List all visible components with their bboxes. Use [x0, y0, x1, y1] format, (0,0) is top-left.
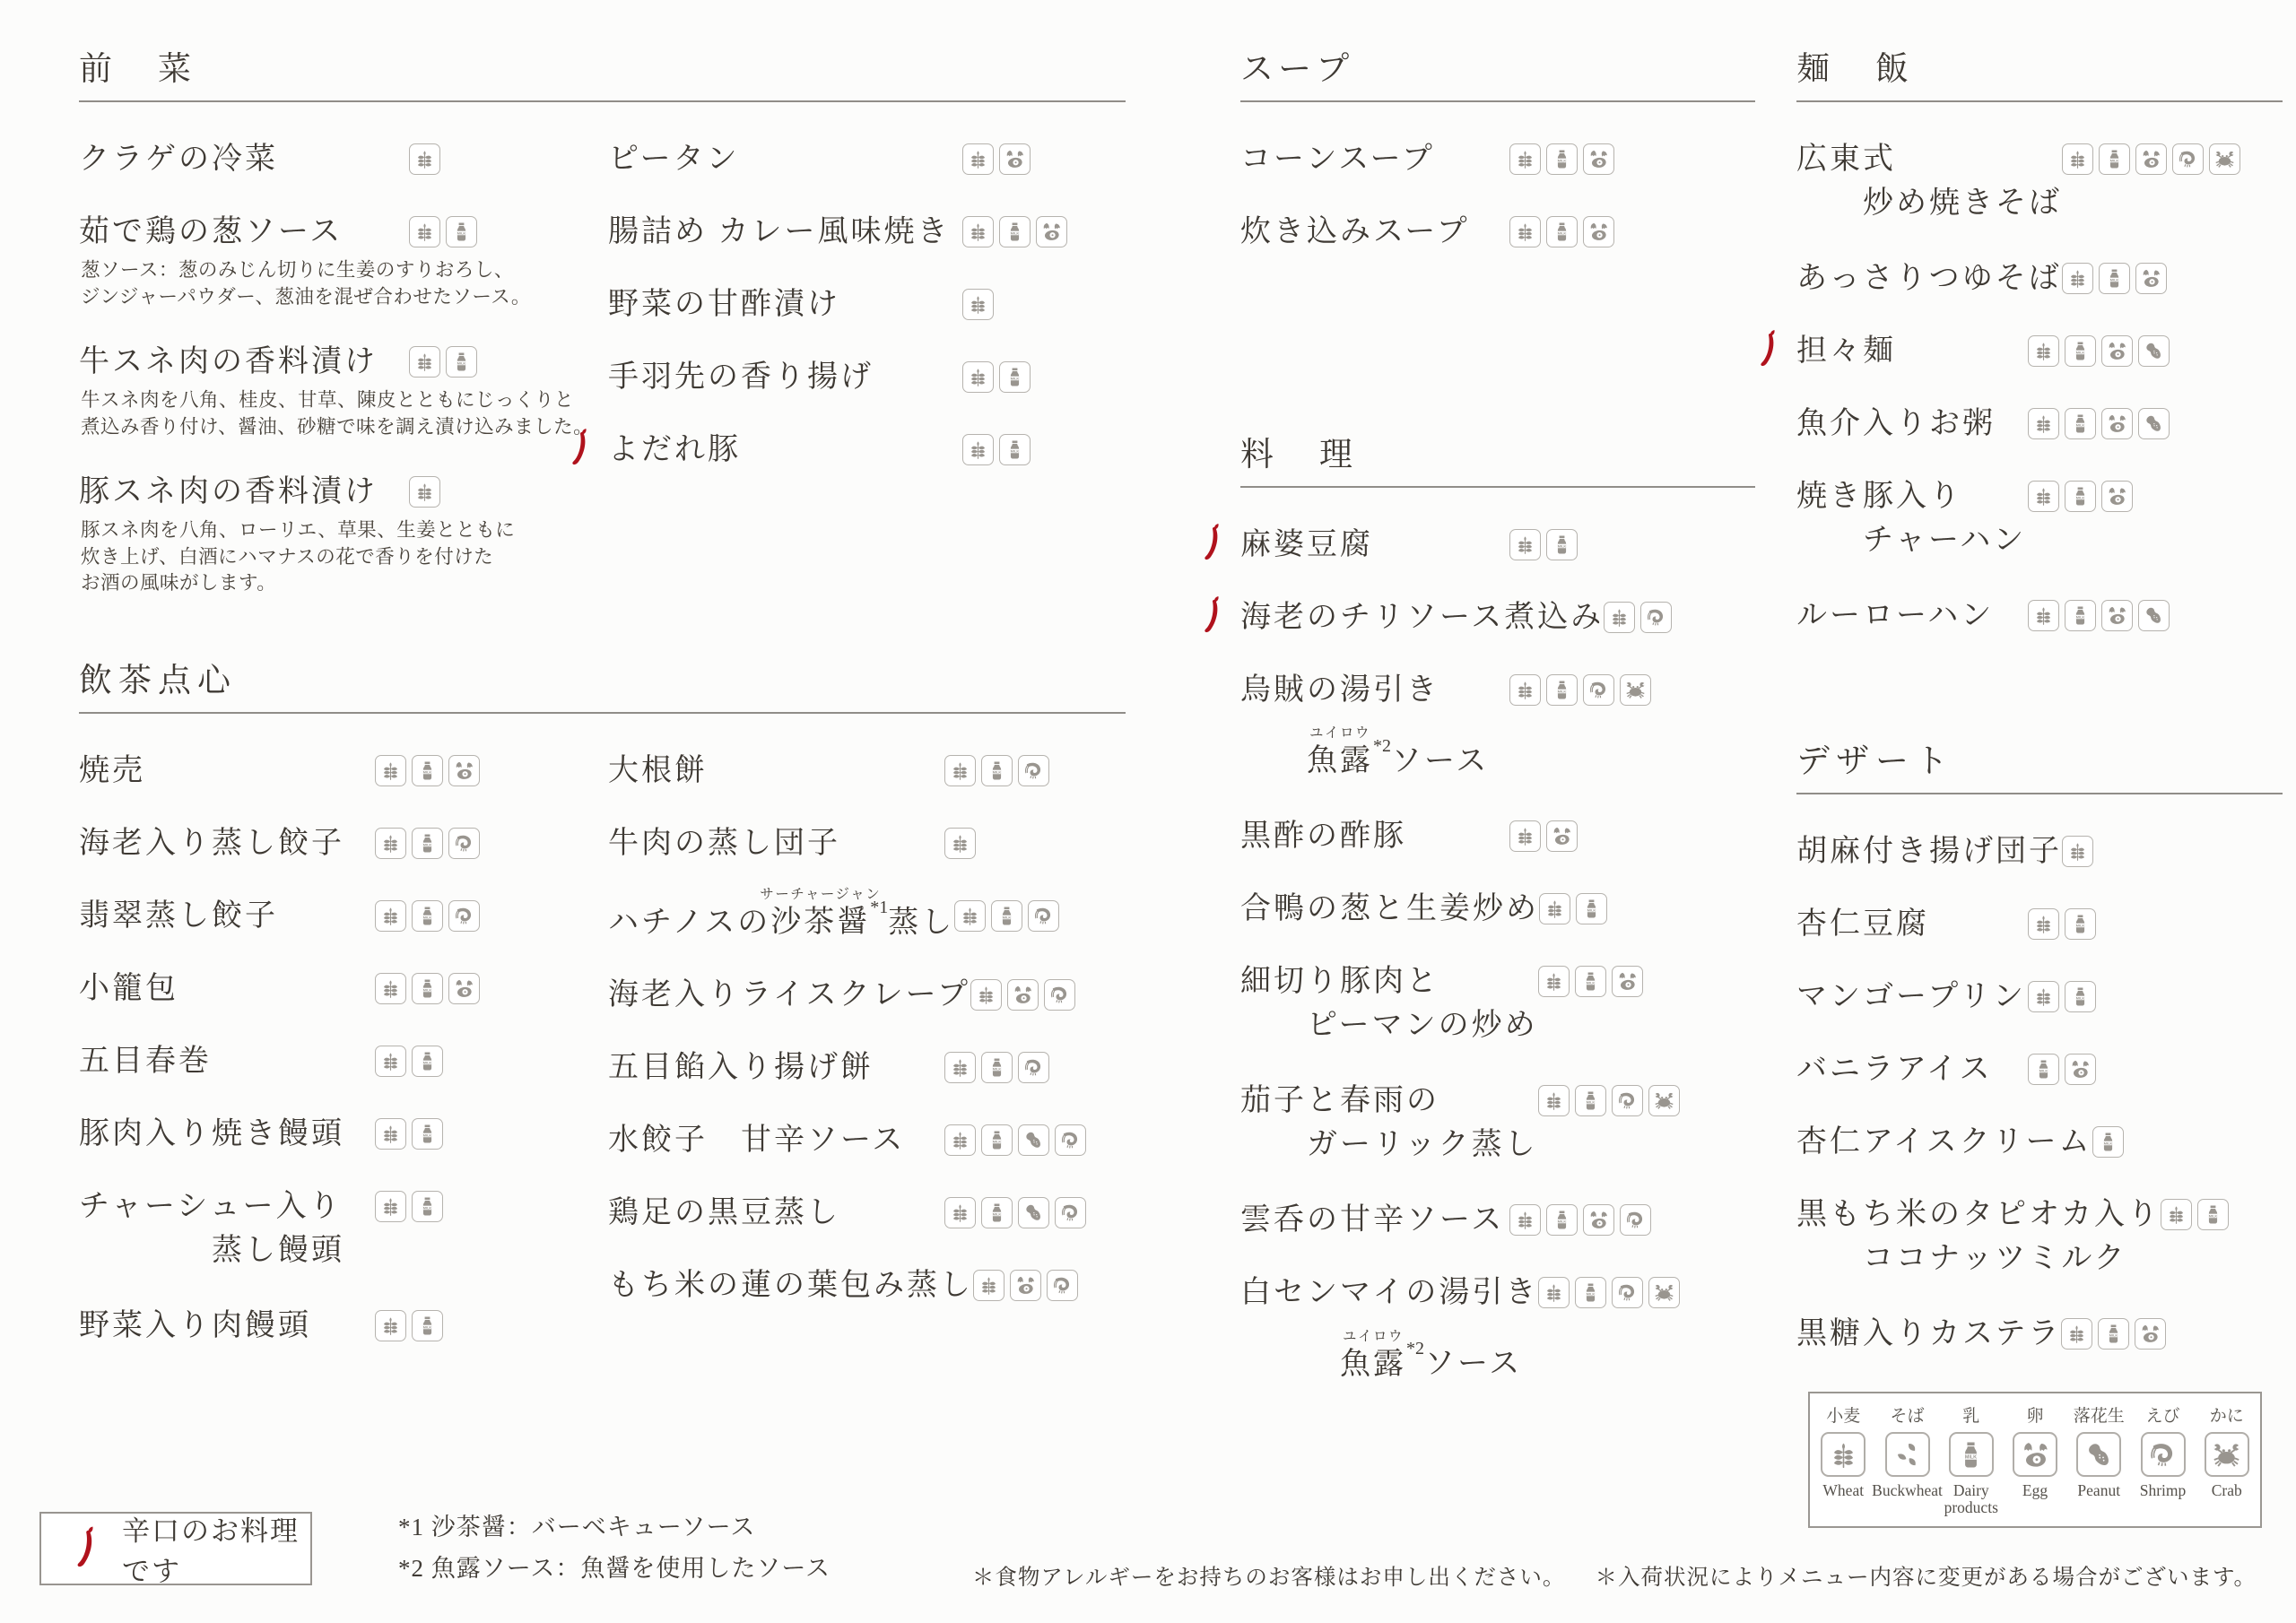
menu-item: 麻婆豆腐MILK [1240, 524, 1755, 566]
svg-text:MILK: MILK [423, 1061, 432, 1064]
furigana: ユイロウ [1343, 1330, 1404, 1344]
wheat-icon [375, 1046, 406, 1077]
milk-icon: MILK [446, 346, 477, 378]
wheat-icon [375, 900, 406, 932]
menu-column: ピータン腸詰め カレー風味焼きMILK野菜の甘酢漬け手羽先の香り揚げMILKよだ… [608, 138, 1126, 628]
milk-icon: MILK [412, 1046, 443, 1077]
svg-text:MILK: MILK [423, 988, 432, 992]
wheat-icon [375, 1191, 406, 1222]
milk-icon: MILK [412, 828, 443, 859]
menu-item: 黒もち米のタピオカ入り ココナッツミルクMILK [1796, 1193, 2283, 1282]
wheat-icon [1509, 820, 1541, 852]
allergen-icons: MILK [962, 356, 1031, 393]
item-name-line2: チャーハン [1796, 517, 2028, 564]
item-description: 牛スネ肉を八角、桂皮、甘草、陳皮とともにじっくりと煮込み香り付け、醤油、砂糖で味… [81, 387, 608, 440]
allergen-icons: MILK [375, 895, 480, 932]
item-description: 葱ソース：葱のみじん切りに生姜のすりおろし、ジンジャーパウダー、葱油を混ぜ合わせ… [81, 257, 608, 310]
item-name-line2: ピーマンの炒め [1240, 1002, 1538, 1049]
svg-text:MILK: MILK [423, 1133, 432, 1137]
wheat-icon [970, 979, 1002, 1011]
menu-item: 合鴨の葱と生姜炒めMILK [1240, 888, 1755, 930]
menu-column: 焼売MILK海老入り蒸し餃子MILK翡翠蒸し餃子MILK小籠包MILK五目春巻M… [79, 750, 608, 1377]
menu-item: 茄子と春雨の ガーリック蒸しMILK [1240, 1080, 1755, 1168]
allergen-icons: MILK [962, 211, 1067, 247]
legend-item-crab: かにCrab [2196, 1406, 2257, 1499]
allergen-icons [970, 974, 1075, 1011]
svg-text:MILK: MILK [423, 843, 432, 846]
item-name: 焼売 [79, 750, 375, 792]
legend-en-label: Dairy products [1941, 1482, 2002, 1516]
milk-icon: MILK [2098, 1318, 2129, 1350]
svg-text:MILK: MILK [1011, 377, 1020, 380]
item-name: 鶏足の黒豆蒸し [608, 1192, 944, 1234]
allergen-icons: MILK [1538, 960, 1643, 997]
item-name: 水餃子 甘辛ソース [608, 1119, 944, 1161]
milk-icon: MILK [2065, 908, 2096, 940]
menu-column: コーンスープMILK炊き込みスープMILK [1240, 138, 1755, 283]
milk-icon: MILK [1576, 893, 1607, 924]
menu-item: 小籠包MILK [79, 968, 608, 1010]
menu-item: 豚肉入り焼き饅頭MILK [79, 1113, 608, 1155]
allergen-icons: MILK [1509, 138, 1614, 175]
svg-text:MILK: MILK [993, 1213, 1002, 1217]
allergen-icons: MILK [1509, 211, 1614, 247]
egg-icon [2101, 600, 2133, 631]
wheat-icon [1509, 216, 1541, 247]
item-name: 野菜入り肉饅頭 [79, 1305, 375, 1347]
section-soup: スープ コーンスープMILK炊き込みスープMILK [1240, 50, 1755, 283]
menu-item: 焼売MILK [79, 750, 608, 792]
item-name: もち米の蓮の葉包み蒸し [608, 1264, 973, 1306]
legend-item-milk: 乳MILKDairy products [1941, 1406, 2002, 1516]
footnotes: *1 沙茶醤：バーベキューソース *2 魚露ソース：魚醤を使用したソース [398, 1506, 831, 1589]
wheat-icon [962, 289, 994, 320]
allergen-icons: MILK [944, 1192, 1086, 1228]
svg-text:MILK: MILK [2076, 351, 2085, 354]
wheat-icon [1538, 1085, 1570, 1116]
milk-icon: MILK [412, 755, 443, 786]
legend-item-egg: 卵Egg [2005, 1406, 2066, 1499]
allergen-icons: MILK [375, 1305, 443, 1341]
wheat-icon [375, 755, 406, 786]
peanut-icon [1018, 1124, 1049, 1156]
item-name: 雲呑の甘辛ソース [1240, 1199, 1509, 1241]
menu-item: 黒酢の酢豚 [1240, 815, 1755, 857]
svg-text:MILK: MILK [1586, 982, 1595, 985]
item-name-line2: 蒸し饅頭 [79, 1228, 375, 1274]
allergen-icons: MILK [2028, 903, 2096, 940]
chili-icon [1203, 522, 1227, 565]
wheat-icon [1509, 529, 1541, 560]
svg-text:MILK: MILK [993, 1141, 1002, 1144]
egg-icon [2065, 1054, 2096, 1085]
menu-item: 黒糖入りカステラMILK [1796, 1313, 2283, 1355]
egg-icon [2135, 143, 2167, 175]
spicy-note-label: 辛口のお料理です [122, 1508, 310, 1589]
menu-item: 広東式 炒め焼きそばMILK [1796, 138, 2283, 227]
allergen-icons: MILK [2028, 330, 2170, 367]
milk-icon: MILK [1546, 1204, 1578, 1236]
item-name: 炊き込みスープ [1240, 211, 1509, 253]
wheat-icon [2062, 263, 2093, 294]
menu-column: 麻婆豆腐MILK海老のチリソース煮込み烏賊の湯引き ユイロウ魚露*2ソースMIL… [1240, 524, 1755, 1419]
chili-icon [1759, 328, 1783, 371]
allergen-icons [944, 822, 976, 859]
svg-text:MILK: MILK [2109, 1333, 2118, 1337]
svg-text:MILK: MILK [1587, 909, 1596, 913]
crab-icon [1648, 1085, 1680, 1116]
section-yamucha-tenshin: 飲茶点心 焼売MILK海老入り蒸し餃子MILK翡翠蒸し餃子MILK小籠包MILK… [79, 662, 1126, 1377]
crab-icon [1620, 674, 1651, 706]
milk-icon: MILK [1575, 1277, 1606, 1308]
allergen-icons: MILK [2092, 1121, 2124, 1158]
allergen-icons [973, 1264, 1078, 1301]
item-name: 広東式 炒め焼きそば [1796, 138, 2062, 227]
item-name: 黒糖入りカステラ [1796, 1313, 2061, 1355]
svg-text:MILK: MILK [2076, 615, 2085, 619]
item-name-line2: 炒め焼きそば [1796, 180, 2062, 227]
item-name: チャーシュー入り 蒸し饅頭 [79, 1185, 375, 1274]
footnote-ref: *2 [1373, 736, 1391, 756]
svg-text:MILK: MILK [1965, 1454, 1977, 1460]
section-title: 飲茶点心 [79, 662, 1126, 701]
milk-icon: MILK [2065, 408, 2096, 439]
milk-icon: MILK [981, 1197, 1013, 1228]
allergen-icons [962, 283, 994, 320]
wheat-icon [944, 755, 976, 786]
allergen-icons [962, 138, 1031, 175]
item-name: 牛スネ肉の香料漬け [79, 341, 409, 383]
item-name: 手羽先の香り揚げ [608, 356, 962, 398]
item-name: コーンスープ [1240, 138, 1509, 180]
milk-icon: MILK [446, 216, 477, 247]
shrimp-icon [1055, 1124, 1086, 1156]
wheat-icon [944, 1197, 976, 1228]
svg-text:MILK: MILK [1587, 1293, 1596, 1297]
item-name: クラゲの冷菜 [79, 138, 409, 180]
menu-item: マンゴープリンMILK [1796, 976, 2283, 1018]
menu-item: 焼き豚入り チャーハンMILK [1796, 475, 2283, 564]
egg-icon [2135, 1318, 2166, 1350]
peanut-icon [2076, 1432, 2121, 1477]
allergen-icons: MILK [2028, 595, 2170, 631]
item-name: 麻婆豆腐 [1240, 524, 1509, 566]
shrimp-icon [1612, 1277, 1643, 1308]
svg-text:MILK: MILK [457, 231, 466, 235]
egg-icon [1007, 979, 1039, 1011]
crab-icon [2205, 1432, 2249, 1477]
wheat-icon [973, 1270, 1004, 1301]
milk-icon: MILK [999, 216, 1031, 247]
milk-icon: MILK [2065, 481, 2096, 512]
svg-text:MILK: MILK [1558, 159, 1567, 162]
milk-icon: MILK [2028, 1054, 2059, 1085]
allergen-icons: MILK [2161, 1193, 2229, 1230]
milk-icon: MILK [999, 361, 1031, 393]
wheat-icon [2062, 836, 2093, 867]
section-ryori: 料 理 麻婆豆腐MILK海老のチリソース煮込み烏賊の湯引き ユイロウ魚露*2ソー… [1240, 436, 1755, 1419]
menu-item: 五目餡入り揚げ餅MILK [608, 1046, 1126, 1089]
menu-item: ピータン [608, 138, 1126, 180]
shrimp-icon [1640, 602, 1672, 633]
allergen-icons: MILK [409, 211, 477, 247]
menu-item: 杏仁アイスクリームMILK [1796, 1121, 2283, 1163]
milk-icon: MILK [999, 434, 1031, 465]
wheat-icon [375, 1118, 406, 1150]
wheat-icon [2028, 908, 2059, 940]
item-name: 五目餡入り揚げ餅 [608, 1046, 944, 1089]
svg-text:MILK: MILK [993, 770, 1002, 774]
wheat-icon [409, 346, 440, 378]
furigana: サーチャージャン [760, 888, 881, 902]
milk-icon: MILK [2065, 335, 2096, 367]
menu-item: 魚介入りお粥MILK [1796, 403, 2283, 445]
milk-icon: MILK [1575, 1085, 1606, 1116]
wheat-icon [1539, 893, 1570, 924]
wheat-icon [409, 143, 440, 175]
allergen-icons: MILK [375, 1040, 443, 1077]
svg-text:MILK: MILK [1558, 544, 1567, 548]
allergen-icons: MILK [2062, 257, 2167, 294]
egg-icon [2101, 481, 2133, 512]
milk-icon: MILK [2197, 1199, 2229, 1230]
item-name: 牛肉の蒸し団子 [608, 822, 944, 864]
item-name-line2: ココナッツミルク [1796, 1236, 2161, 1282]
section-title: 麺 飯 [1796, 50, 2283, 90]
menu-item: 腸詰め カレー風味焼きMILK [608, 211, 1126, 253]
allergen-icons: MILK [944, 1119, 1086, 1156]
section-title: 料 理 [1240, 436, 1755, 475]
milk-icon: MILK [2065, 600, 2096, 631]
menu-item: 五目春巻MILK [79, 1040, 608, 1082]
milk-icon: MILK [1575, 966, 1606, 997]
shrimp-icon [1055, 1197, 1086, 1228]
item-name: 胡麻付き揚げ団子 [1796, 830, 2062, 872]
allergen-icons: MILK [944, 1046, 1049, 1083]
svg-text:MILK: MILK [1586, 1101, 1595, 1105]
menu-item: あっさりつゆそばMILK [1796, 257, 2283, 299]
item-name: バニラアイス [1796, 1048, 2028, 1090]
legend-en-label: Wheat [1822, 1482, 1864, 1499]
legend-en-label: Shrimp [2140, 1482, 2187, 1499]
allergen-icons: MILK [1538, 1271, 1680, 1308]
allergen-icons: MILK [2062, 138, 2240, 175]
egg-icon [2101, 335, 2133, 367]
egg-icon [1583, 143, 1614, 175]
item-name: 合鴨の葱と生姜炒め [1240, 888, 1539, 930]
milk-icon: MILK [412, 973, 443, 1004]
wheat-icon [2028, 481, 2059, 512]
item-name: ルーローハン [1796, 595, 2028, 637]
shrimp-icon [1612, 1085, 1643, 1116]
menu-item: 翡翠蒸し餃子MILK [79, 895, 608, 937]
egg-icon [448, 755, 480, 786]
furigana: ユイロウ [1309, 726, 1370, 741]
menu-column: 広東式 炒め焼きそばMILKあっさりつゆそばMILK担々麺MILK魚介入りお粥M… [1796, 138, 2283, 667]
egg-icon [999, 143, 1031, 175]
svg-text:MILK: MILK [2109, 278, 2118, 282]
allergen-icons [1509, 815, 1578, 852]
allergen-icons: MILK [375, 822, 480, 859]
footnote-ref: *2 [1406, 1339, 1424, 1358]
svg-text:MILK: MILK [2076, 496, 2085, 499]
milk-icon: MILK [1546, 216, 1578, 247]
legend-item-shrimp: えびShrimp [2133, 1406, 2194, 1499]
wheat-icon [2028, 335, 2059, 367]
menu-item: 担々麺MILK [1796, 330, 2283, 372]
wheat-icon [409, 476, 440, 508]
item-name-line2: ガーリック蒸し [1240, 1122, 1538, 1168]
allergen-icons: MILK [2028, 1048, 2096, 1085]
item-name: あっさりつゆそば [1796, 257, 2062, 299]
shrimp-icon [448, 900, 480, 932]
legend-en-label: Egg [2022, 1482, 2048, 1499]
svg-text:MILK: MILK [2103, 1141, 2112, 1145]
item-name: 焼き豚入り チャーハン [1796, 475, 2028, 564]
wheat-icon [375, 1310, 406, 1341]
shrimp-icon [2172, 143, 2204, 175]
legend-jp-label: 落花生 [2074, 1406, 2125, 1428]
item-name: 野菜の甘酢漬け [608, 283, 962, 325]
legend-en-label: Peanut [2077, 1482, 2120, 1499]
item-name-line2: ユイロウ魚露*2ソース [1240, 731, 1509, 785]
milk-icon: MILK [2092, 1126, 2124, 1158]
svg-text:MILK: MILK [1003, 916, 1012, 919]
legend-jp-label: そば [1890, 1406, 1924, 1428]
legend-item-peanut: 落花生Peanut [2068, 1406, 2129, 1499]
shrimp-icon [1583, 674, 1614, 706]
menu-item: 野菜入り肉饅頭MILK [79, 1305, 608, 1347]
egg-icon [1583, 216, 1614, 247]
item-name: 豚肉入り焼き饅頭 [79, 1113, 375, 1155]
menu-item: もち米の蓮の葉包み蒸し [608, 1264, 1126, 1306]
egg-icon [1583, 1204, 1614, 1236]
item-name: マンゴープリン [1796, 976, 2028, 1018]
allergen-icons: MILK [1509, 524, 1578, 560]
svg-text:MILK: MILK [423, 1206, 432, 1210]
item-name: 烏賊の湯引き ユイロウ魚露*2ソース [1240, 669, 1509, 785]
milk-icon: MILK [1546, 143, 1578, 175]
item-name: 茹で鶏の葱ソース [79, 211, 409, 253]
bottom-notes: ＊食物アレルギーをお持ちのお客様はお申し出ください。 ＊入荷状況によりメニュー内… [972, 1560, 2257, 1592]
egg-icon [1036, 216, 1067, 247]
item-name: 海老のチリソース煮込み [1240, 596, 1604, 638]
chili-icon [1203, 595, 1227, 638]
menu-item: ルーローハンMILK [1796, 595, 2283, 637]
menu-item: 炊き込みスープMILK [1240, 211, 1755, 253]
menu-item: チャーシュー入り 蒸し饅頭MILK [79, 1185, 608, 1274]
menu-item: 海老のチリソース煮込み [1240, 596, 1755, 638]
shrimp-icon [1028, 900, 1059, 932]
svg-text:MILK: MILK [2209, 1214, 2218, 1218]
menu-item: ハチノスのサーチャージャン沙茶醤*1蒸しMILK [608, 895, 1126, 943]
allergen-icons [2062, 830, 2093, 867]
allergen-icons: MILK [962, 429, 1031, 465]
milk-icon: MILK [1949, 1432, 1994, 1477]
menu-item: 雲呑の甘辛ソースMILK [1240, 1199, 1755, 1241]
item-name: 黒もち米のタピオカ入り ココナッツミルク [1796, 1193, 2161, 1282]
section-title: スープ [1240, 50, 1755, 90]
section-dessert: デザート 胡麻付き揚げ団子杏仁豆腐MILKマンゴープリンMILKバニラアイスMI… [1796, 742, 2283, 1385]
allergy-note: ＊食物アレルギーをお持ちのお客様はお申し出ください。 [972, 1566, 1565, 1590]
peanut-icon [2138, 408, 2170, 439]
allergen-icons: MILK [1538, 1080, 1680, 1116]
item-name: ハチノスのサーチャージャン沙茶醤*1蒸し [608, 895, 954, 943]
item-name: 担々麺 [1796, 330, 2028, 372]
milk-icon: MILK [991, 900, 1022, 932]
section-menhan: 麺 飯 広東式 炒め焼きそばMILKあっさりつゆそばMILK担々麺MILK魚介入… [1796, 50, 2283, 667]
menu-item: よだれ豚MILK [608, 429, 1126, 471]
legend-jp-label: えび [2145, 1406, 2179, 1428]
item-name: 小籠包 [79, 968, 375, 1010]
wheat-icon [409, 216, 440, 247]
allergen-icons: MILK [1509, 669, 1651, 706]
wheat-icon [2028, 600, 2059, 631]
section-title: 前 菜 [79, 50, 1126, 90]
svg-text:MILK: MILK [1558, 231, 1567, 235]
peanut-icon [2138, 600, 2170, 631]
item-name: 魚介入りお粥 [1796, 403, 2028, 445]
shrimp-icon [2141, 1432, 2186, 1477]
item-name: 黒酢の酢豚 [1240, 815, 1509, 857]
item-name: 杏仁アイスクリーム [1796, 1121, 2092, 1163]
allergen-icons: MILK [1509, 1199, 1651, 1236]
item-name: 杏仁豆腐 [1796, 903, 2028, 945]
legend-jp-label: 乳 [1962, 1406, 1979, 1428]
menu-item: 茹で鶏の葱ソースMILK葱ソース：葱のみじん切りに生姜のすりおろし、ジンジャーパ… [79, 211, 608, 310]
wheat-icon [2062, 143, 2093, 175]
wheat-icon [2028, 981, 2059, 1012]
milk-icon: MILK [2065, 981, 2096, 1012]
allergen-icons: MILK [944, 750, 1049, 786]
menu-item: 野菜の甘酢漬け [608, 283, 1126, 325]
legend-item-buckwheat: そばBuckwheat [1877, 1406, 1938, 1499]
wheat-icon [944, 828, 976, 859]
menu-item: 牛スネ肉の香料漬けMILK牛スネ肉を八角、桂皮、甘草、陳皮とともにじっくりと煮込… [79, 341, 608, 440]
legend-jp-label: 小麦 [1826, 1406, 1860, 1428]
egg-icon [2013, 1432, 2057, 1477]
milk-icon: MILK [1546, 674, 1578, 706]
menu-item: 水餃子 甘辛ソースMILK [608, 1119, 1126, 1161]
egg-icon [1010, 1270, 1041, 1301]
item-name: 翡翠蒸し餃子 [79, 895, 375, 937]
section-zensai: 前 菜 クラゲの冷菜茹で鶏の葱ソースMILK葱ソース：葱のみじん切りに生姜のすり… [79, 50, 1126, 628]
menu-column: 胡麻付き揚げ団子杏仁豆腐MILKマンゴープリンMILKバニラアイスMILK杏仁ア… [1796, 830, 2283, 1385]
wheat-icon [1509, 143, 1541, 175]
menu-item: 細切り豚肉と ピーマンの炒めMILK [1240, 960, 1755, 1049]
menu-item: 海老入り蒸し餃子MILK [79, 822, 608, 864]
wheat-icon [1509, 1204, 1541, 1236]
svg-text:MILK: MILK [423, 1325, 432, 1329]
menu-item: 烏賊の湯引き ユイロウ魚露*2ソースMILK [1240, 669, 1755, 785]
milk-icon: MILK [412, 1191, 443, 1222]
milk-icon: MILK [412, 1310, 443, 1341]
allergen-icons [409, 138, 440, 175]
menu-item: 胡麻付き揚げ団子 [1796, 830, 2283, 872]
allergen-legend: 小麦WheatそばBuckwheat乳MILKDairy products卵Eg… [1808, 1392, 2262, 1528]
svg-text:MILK: MILK [457, 361, 466, 365]
menu-item: 牛肉の蒸し団子 [608, 822, 1126, 864]
chili-icon [75, 1524, 102, 1573]
svg-text:MILK: MILK [1011, 449, 1020, 453]
shrimp-icon [1044, 979, 1075, 1011]
section-title: デザート [1796, 742, 2283, 782]
wheat-icon [1509, 674, 1541, 706]
egg-icon [1546, 820, 1578, 852]
wheat-icon [944, 1052, 976, 1083]
legend-jp-label: かに [2210, 1406, 2244, 1428]
allergen-icons: MILK [1539, 888, 1607, 924]
